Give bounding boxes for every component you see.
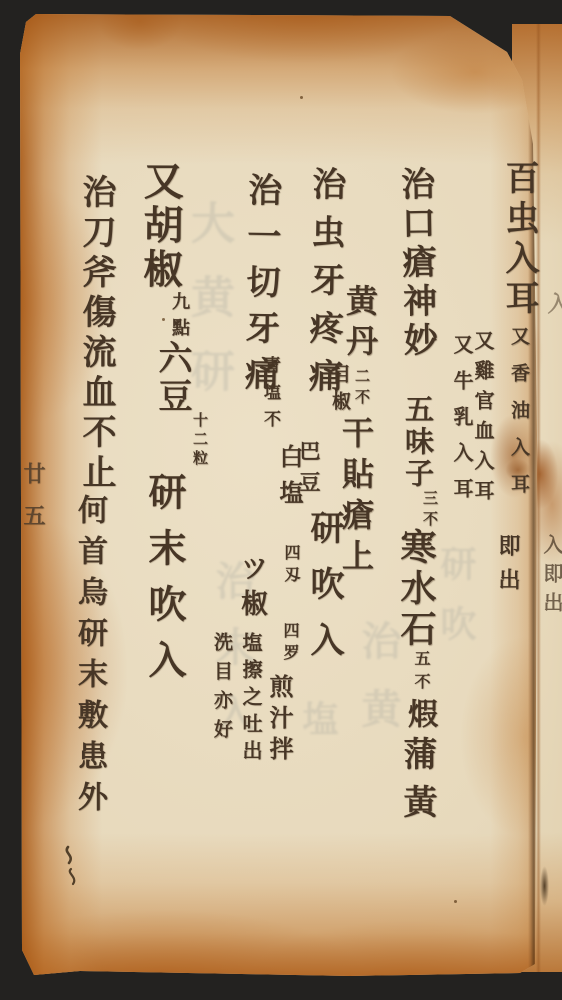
column-5-ingredient: 白塩	[276, 444, 300, 516]
column-1-note: 又牛乳入耳	[451, 334, 471, 514]
column-5-ingredient: ツ椒	[238, 554, 265, 624]
column-2-ingredient: 蒲黃	[399, 736, 433, 832]
column-1-note: 又雞官血入耳	[472, 330, 492, 510]
column-7-title: 治刀斧傷流血不止	[78, 174, 112, 494]
column-4-ingredient: 目椒	[330, 364, 349, 418]
column-2-ingredient: 煆	[404, 698, 434, 728]
column-1-note: 即出	[497, 534, 519, 602]
column-4-ingredient: 巴豆	[298, 440, 319, 502]
column-5-instruction: 塩擦之吐出	[240, 632, 260, 767]
handwriting-layer: 百虫入耳 又香油入耳 又雞官血入耳 即出 又牛乳入耳 治口瘡神妙 五味子 三不 …	[0, 0, 562, 1000]
column-5-ingredient: 青塩不	[262, 356, 279, 437]
ink-speck	[162, 318, 165, 321]
column-6-dose: 九點	[171, 292, 189, 344]
column-3-instruction: 干貼瘡上	[340, 416, 372, 580]
margin-page-number: 廿五	[22, 462, 44, 546]
column-6-dose: 十二粒	[191, 412, 206, 469]
column-4-instruction: 研吹入	[306, 510, 340, 678]
column-1-note: 又香油入耳	[509, 326, 528, 511]
ink-blot	[60, 844, 82, 888]
ink-speck	[300, 96, 303, 99]
column-5-instruction: 煎汁拌	[266, 674, 290, 767]
column-2-dose: 五不	[412, 650, 428, 696]
column-6-title: 又胡椒	[139, 160, 180, 292]
column-2-ingredient: 寒水石	[398, 528, 434, 651]
column-6-ingredient: 六豆	[154, 340, 188, 416]
column-5-instruction: 洗目亦好	[212, 632, 231, 748]
ink-speck	[454, 900, 457, 903]
manuscript-scan: 入 入即出 大黄研 治末入 研吹 塩 治黄 百虫入耳 又香油入耳 又雞官血入耳 …	[0, 0, 562, 1000]
column-5-dose: 四罗	[281, 622, 297, 666]
column-2-ingredient: 五味子	[402, 394, 431, 490]
column-6-instruction: 研末吹入	[144, 472, 182, 696]
column-2-title: 治口瘡神妙	[396, 166, 433, 362]
column-5-dose: 四刄	[282, 544, 298, 588]
column-7-instruction: 何首烏研末敷患外	[74, 494, 104, 822]
column-3-ingredient: 黄丹	[344, 284, 376, 364]
column-3-dose: 二不	[353, 368, 368, 410]
column-2-dose: 三不	[421, 490, 436, 532]
column-1-title: 百虫入耳	[501, 160, 535, 320]
